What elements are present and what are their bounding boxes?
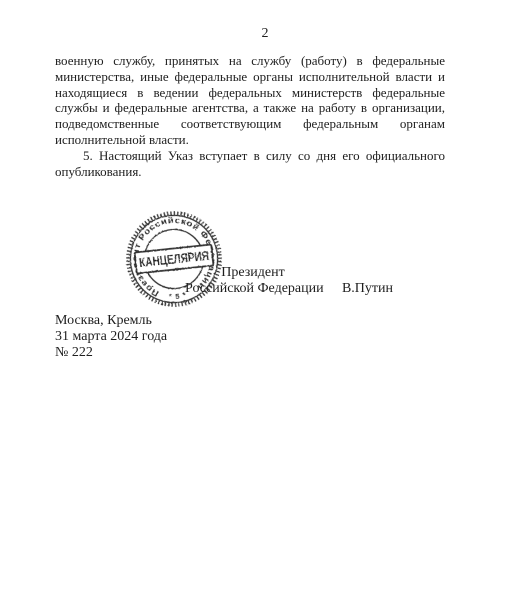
text-line: службы и федеральные агентства, а также …	[55, 100, 445, 116]
page-number: 2	[12, 26, 506, 42]
text-line: находящиеся в ведении федеральных минист…	[55, 85, 445, 101]
text-line: подведомственные соответствующим федерал…	[55, 116, 445, 132]
text-line: исполнительной власти.	[55, 132, 445, 148]
paragraph-5-line: 5. Настоящий Указ вступает в силу со дня…	[55, 148, 445, 164]
footer-block: Москва, Кремль 31 марта 2024 года № 222	[55, 313, 167, 361]
footer-date: 31 марта 2024 года	[55, 329, 167, 345]
text-line: министерства, иные федеральные органы ис…	[55, 69, 445, 85]
body-text: военную службу, принятых на службу (рабо…	[55, 53, 445, 179]
chancellery-stamp-icon: Президент Российской Федерации * 5 * КАН…	[114, 199, 234, 319]
text-line: военную службу, принятых на службу (рабо…	[55, 53, 445, 69]
stamp-bottom-text: * 5 *	[167, 290, 188, 302]
document-page: 2 военную службу, принятых на службу (ра…	[0, 0, 506, 600]
signature-name: В.Путин	[342, 281, 393, 297]
footer-number: № 222	[55, 345, 167, 361]
paragraph-5-line: опубликования.	[55, 164, 445, 180]
